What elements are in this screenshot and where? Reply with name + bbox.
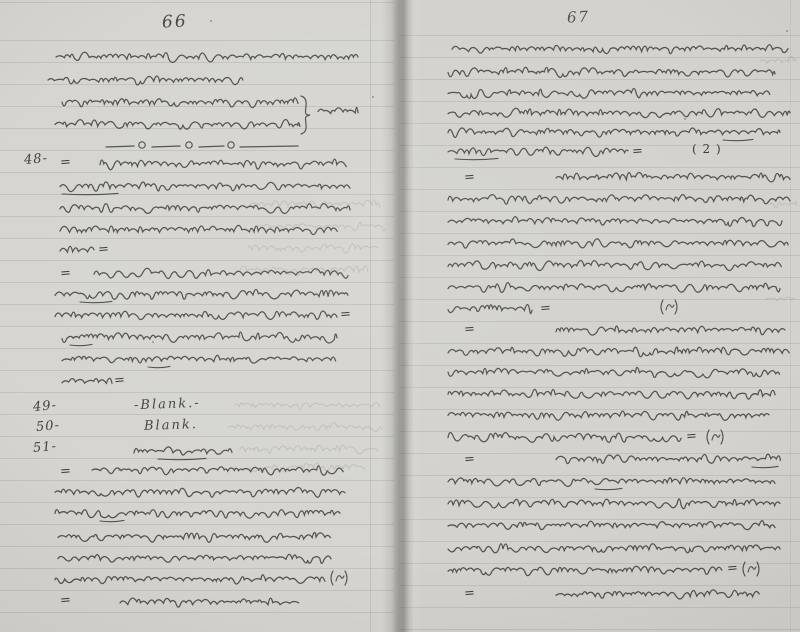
- equals-mark: =: [59, 155, 71, 171]
- equals-mark: =: [59, 464, 71, 480]
- stanza-number-2: ( 2 ): [692, 142, 722, 156]
- equals-mark: =: [726, 561, 738, 577]
- equals-mark: =: [113, 373, 125, 389]
- paper-speck: [372, 96, 374, 98]
- blank-entry-50: Blank.: [144, 417, 198, 434]
- entry-number-51: 51-: [32, 439, 57, 456]
- page-number-left: 66: [161, 11, 188, 32]
- manuscript-scan: 66 67 48-49-50-51--Blank.-Blank.=======(…: [0, 0, 800, 632]
- paper-speck: [118, 469, 120, 471]
- paper-speck: [786, 30, 788, 32]
- paper-speck: [684, 118, 686, 120]
- blank-entry-49: -Blank.-: [134, 396, 201, 413]
- equals-mark: =: [463, 170, 475, 186]
- page-number-right: 67: [567, 7, 591, 26]
- paper-speck: [152, 341, 154, 343]
- equals-mark: =: [685, 429, 697, 445]
- equals-mark: =: [631, 144, 643, 160]
- equals-mark: =: [339, 307, 351, 323]
- paper-speck: [210, 20, 212, 22]
- equals-mark: =: [463, 452, 475, 468]
- equals-mark: =: [539, 301, 551, 317]
- equals-mark: =: [463, 586, 475, 602]
- equals-mark: =: [463, 322, 475, 338]
- label-layer: 66 67 48-49-50-51--Blank.-Blank.=======(…: [0, 0, 800, 632]
- entry-number-48: 48-: [23, 151, 48, 168]
- entry-number-49: 49-: [32, 398, 57, 415]
- equals-mark: =: [97, 242, 109, 258]
- equals-mark: =: [59, 266, 71, 282]
- entry-number-50: 50-: [35, 418, 60, 435]
- equals-mark: =: [59, 593, 71, 609]
